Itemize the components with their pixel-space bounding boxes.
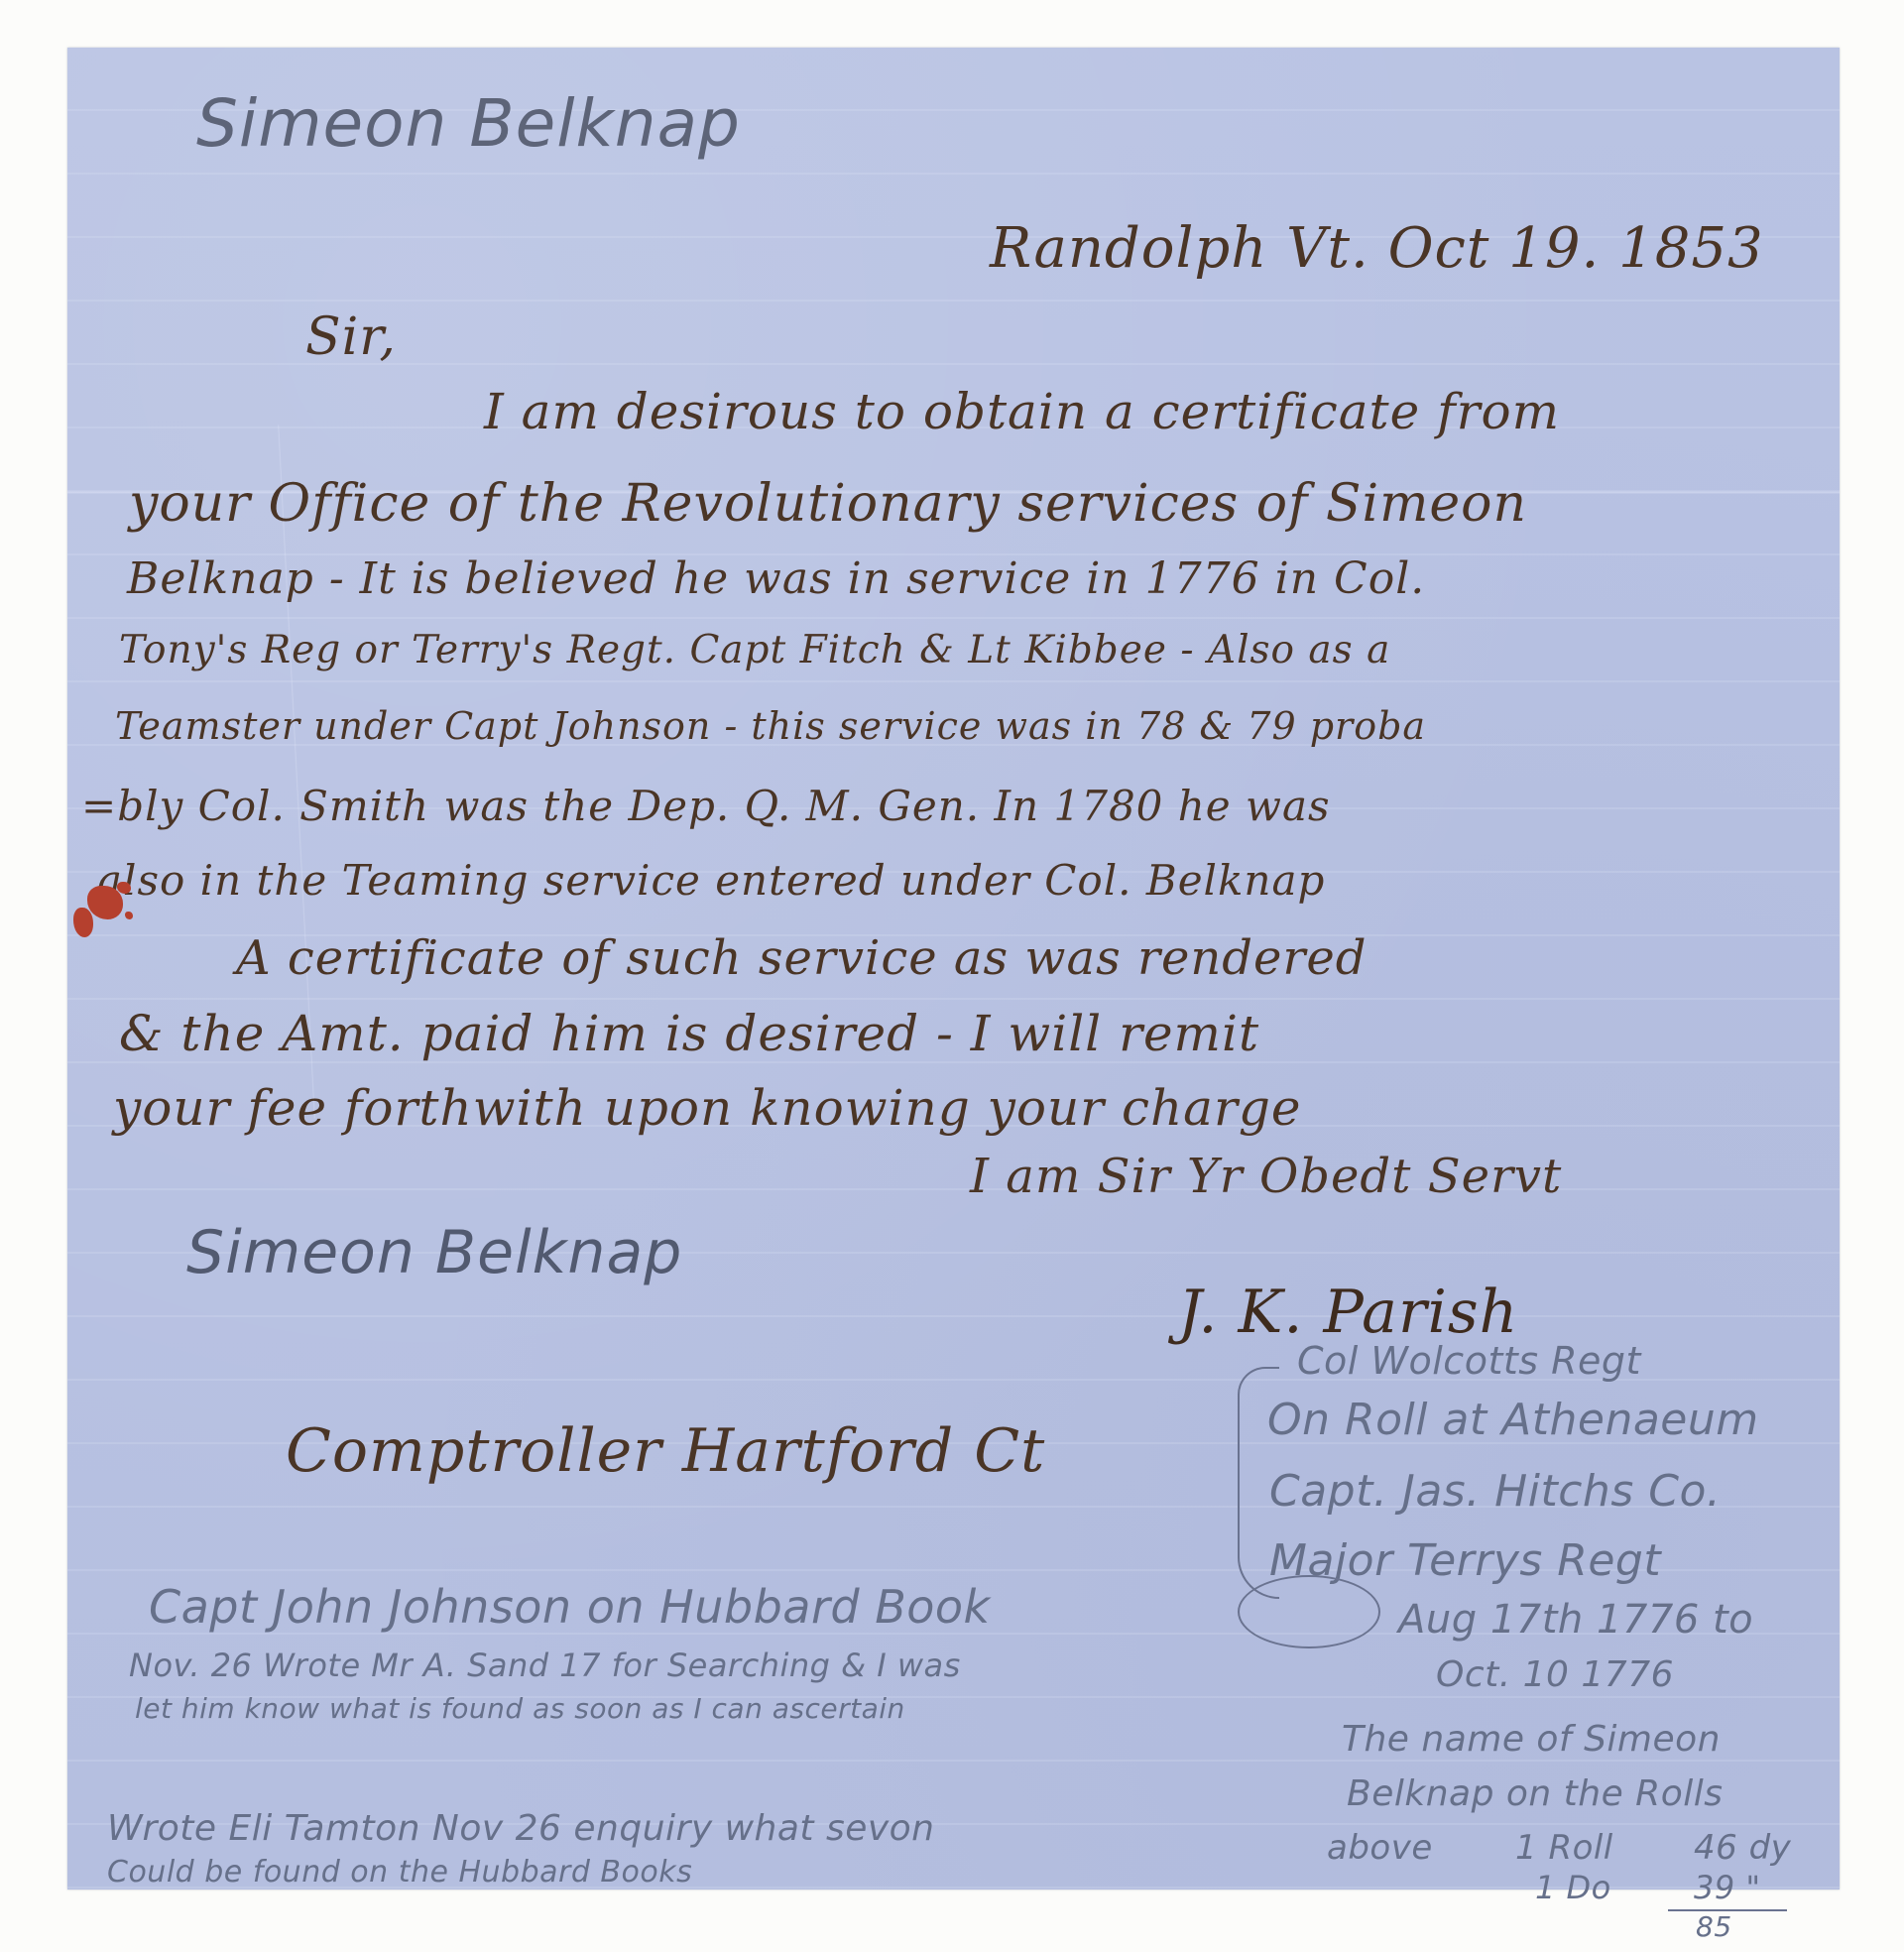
body-line: Tony's Reg or Terry's Regt. Capt Fitch &… — [119, 628, 1390, 672]
tally-label: 1 Roll — [1515, 1828, 1613, 1868]
annotation-line: Oct. 10 1776 — [1436, 1654, 1674, 1695]
body-line: Belknap - It is believed he was in servi… — [127, 553, 1425, 604]
annotation-line: Capt John Johnson on Hubbard Book — [149, 1580, 991, 1634]
tally-value: 46 dy — [1694, 1828, 1791, 1868]
tally-value: 39 " — [1694, 1869, 1761, 1906]
addressee: Comptroller Hartford Ct — [286, 1416, 1045, 1486]
letter-paper: Simeon Belknap Randolph Vt. Oct 19. 1853… — [67, 48, 1840, 1890]
tally-total: 85 — [1696, 1910, 1732, 1943]
annotation-line: Nov. 26 Wrote Mr A. Sand 17 for Searchin… — [129, 1647, 961, 1684]
wax-seal-remnant — [73, 886, 131, 939]
tally-label: 1 Do — [1535, 1869, 1611, 1906]
annotation-line: Aug 17th 1776 to — [1398, 1597, 1753, 1643]
book-circle — [1238, 1575, 1380, 1648]
body-line: Teamster under Capt Johnson - this servi… — [115, 704, 1426, 748]
left-note: Simeon Belknap — [186, 1218, 682, 1287]
annotation-line: Capt. Jas. Hitchs Co. — [1269, 1466, 1721, 1517]
annotation-line: Belknap on the Rolls — [1347, 1773, 1723, 1814]
body-line: I am desirous to obtain a certificate fr… — [484, 383, 1560, 440]
body-line: your Office of the Revolutionary service… — [129, 474, 1527, 534]
annotation-line: Could be found on the Hubbard Books — [107, 1855, 692, 1890]
body-line: also in the Teaming service entered unde… — [97, 856, 1325, 905]
header-note: Simeon Belknap — [196, 85, 741, 162]
dateline: Randolph Vt. Oct 19. 1853 — [990, 216, 1764, 281]
annotation-line: above — [1327, 1828, 1433, 1868]
body-line: your fee forthwith upon knowing your cha… — [113, 1079, 1301, 1137]
annotation-line: The name of Simeon — [1342, 1719, 1721, 1760]
salutation: Sir, — [305, 307, 397, 367]
signature: J. K. Parish — [1178, 1278, 1518, 1347]
document-scan: Simeon Belknap Randolph Vt. Oct 19. 1853… — [0, 0, 1904, 1952]
closing: I am Sir Yr Obedt Servt — [970, 1149, 1562, 1204]
annotation-line: Wrote Eli Tamton Nov 26 enquiry what sev… — [107, 1808, 935, 1849]
body-line: A certificate of such service as was ren… — [236, 930, 1367, 986]
annotation-line: Col Wolcotts Regt — [1297, 1339, 1641, 1383]
body-line: =bly Col. Smith was the Dep. Q. M. Gen. … — [81, 782, 1331, 830]
annotation-line: let him know what is found as soon as I … — [135, 1692, 905, 1725]
body-line: & the Amt. paid him is desired - I will … — [119, 1005, 1259, 1062]
annotation-line: On Roll at Athenaeum — [1267, 1395, 1759, 1445]
